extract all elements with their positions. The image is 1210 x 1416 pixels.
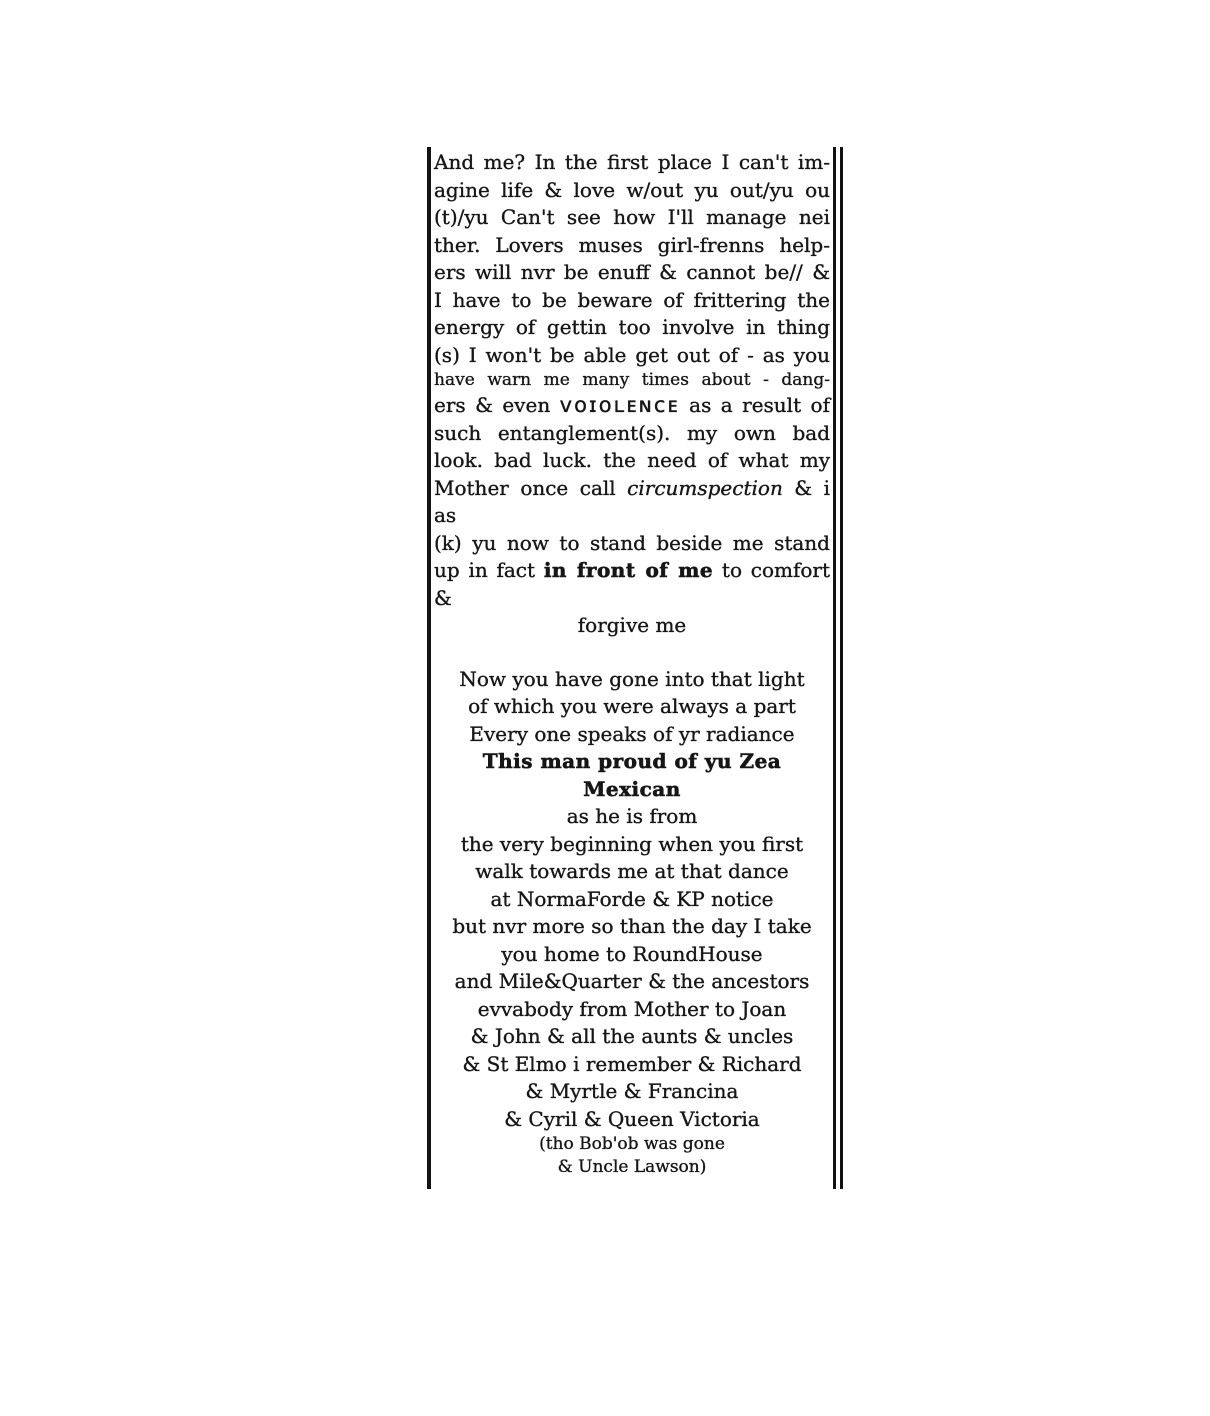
text-segment: & Myrtle & Francina <box>526 1079 739 1103</box>
text-segment: the very beginning when you first <box>461 832 803 856</box>
text-segment: as a result of <box>680 393 830 417</box>
poem-line: the very beginning when you first <box>434 831 830 859</box>
text-segment: ther. Lovers muses girl-frenns help- <box>434 233 830 257</box>
poem-line: agine life & love w/out yu out/yu ou <box>434 177 830 205</box>
poem-line: & Myrtle & Francina <box>434 1078 830 1106</box>
poem-line: but nvr more so than the day I take <box>434 913 830 941</box>
poem-line: (t)/yu Can't see how I'll manage nei <box>434 204 830 232</box>
sycorax-font-word: ᴠᴏɪᴏʟᴇɴᴄᴇ <box>560 393 680 417</box>
poem-line: & Cyril & Queen Victoria <box>434 1106 830 1134</box>
text-segment: & Cyril & Queen Victoria <box>504 1107 759 1131</box>
poem-line: & Uncle Lawson) <box>434 1156 830 1179</box>
stanza-centered: Now you have gone into that lightof whic… <box>434 666 830 1180</box>
text-segment: as he is from <box>567 804 698 828</box>
poem-line: & St Elmo i remember & Richard <box>434 1051 830 1079</box>
poem-line: (k) yu now to stand beside me stand <box>434 530 830 558</box>
text-segment: I have to be beware of frittering the <box>434 288 830 312</box>
text-segment: you home to RoundHouse <box>501 942 762 966</box>
poem-line: and Mile&Quarter & the ancestors <box>434 968 830 996</box>
poem-line: such entanglement(s). my own bad <box>434 420 830 448</box>
text-segment: agine life & love w/out yu out/yu ou <box>434 178 830 202</box>
text-segment: & Uncle Lawson) <box>558 1157 707 1177</box>
poem-line: at NormaForde & KP notice <box>434 886 830 914</box>
text-segment: & John & all the aunts & uncles <box>471 1024 794 1048</box>
text-segment: (s) I won't be able get out of - as you <box>434 343 830 367</box>
text-segment: (tho Bob'ob was gone <box>539 1134 725 1154</box>
poem-line: (s) I won't be able get out of - as you <box>434 342 830 370</box>
scanned-page: { "colors": { "ink": "#161616", "backgro… <box>0 0 1210 1416</box>
poem-line: energy of gettin too involve in thing <box>434 314 830 342</box>
poem-line: Mother once call circumspection & i as <box>434 475 830 530</box>
poem-content: And me? In the first place I can't im-ag… <box>431 147 833 1189</box>
poem-line: ther. Lovers muses girl-frenns help- <box>434 232 830 260</box>
poem-line: of which you were always a part <box>434 693 830 721</box>
right-double-vertical-rule <box>833 147 843 1189</box>
poem-line: Now you have gone into that light <box>434 666 830 694</box>
text-segment: have warn me many times about - dang- <box>434 370 830 390</box>
poem-line: as he is from <box>434 803 830 831</box>
poem-line: look. bad luck. the need of what my <box>434 447 830 475</box>
poem-line: This man proud of yu Zea Mexican <box>434 748 830 803</box>
poem-line: walk towards me at that dance <box>434 858 830 886</box>
text-segment: & St Elmo i remember & Richard <box>462 1052 801 1076</box>
text-segment: walk towards me at that dance <box>475 859 788 883</box>
poem-line: forgive me <box>434 612 830 640</box>
italic-text: circumspection <box>627 476 783 500</box>
poem-line: ers will nvr be enuff & cannot be// & <box>434 259 830 287</box>
poem-line: Every one speaks of yr radiance <box>434 721 830 749</box>
text-segment: look. bad luck. the need of what my <box>434 448 830 472</box>
text-segment: evvabody from Mother to Joan <box>478 997 786 1021</box>
poem-line: & John & all the aunts & uncles <box>434 1023 830 1051</box>
text-segment: And me? In the first place I can't im- <box>434 150 830 174</box>
text-segment: ers will nvr be enuff & cannot be// & <box>434 260 830 284</box>
text-segment: but nvr more so than the day I take <box>452 914 811 938</box>
poem-line: up in fact in front of me to comfort & <box>434 557 830 612</box>
text-segment: at NormaForde & KP notice <box>491 887 774 911</box>
poem-line: have warn me many times about - dang- <box>434 369 830 392</box>
poem-line: evvabody from Mother to Joan <box>434 996 830 1024</box>
poem-line: ers & even ᴠᴏɪᴏʟᴇɴᴄᴇ as a result of <box>434 392 830 420</box>
text-segment: Every one speaks of yr radiance <box>469 722 794 746</box>
bold-text: in front of me <box>544 558 713 582</box>
poem-line: (tho Bob'ob was gone <box>434 1133 830 1156</box>
text-segment: (k) yu now to stand beside me stand <box>434 531 830 555</box>
text-segment: Mother once call <box>434 476 627 500</box>
text-segment: (t)/yu Can't see how I'll manage nei <box>434 205 830 229</box>
text-segment: up in fact <box>434 558 544 582</box>
poem-panel: And me? In the first place I can't im-ag… <box>427 147 843 1189</box>
text-segment: of which you were always a part <box>468 694 796 718</box>
stanza-justified: And me? In the first place I can't im-ag… <box>434 149 830 640</box>
poem-line: I have to be beware of frittering the <box>434 287 830 315</box>
text-segment: energy of gettin too involve in thing <box>434 315 830 339</box>
poem-line: And me? In the first place I can't im- <box>434 149 830 177</box>
text-segment: such entanglement(s). my own bad <box>434 421 830 445</box>
bold-text: This man proud of yu Zea Mexican <box>483 749 782 801</box>
text-segment: Now you have gone into that light <box>459 667 804 691</box>
text-segment: ers & even <box>434 393 560 417</box>
poem-line: you home to RoundHouse <box>434 941 830 969</box>
text-segment: forgive me <box>578 613 687 637</box>
text-segment: and Mile&Quarter & the ancestors <box>455 969 810 993</box>
